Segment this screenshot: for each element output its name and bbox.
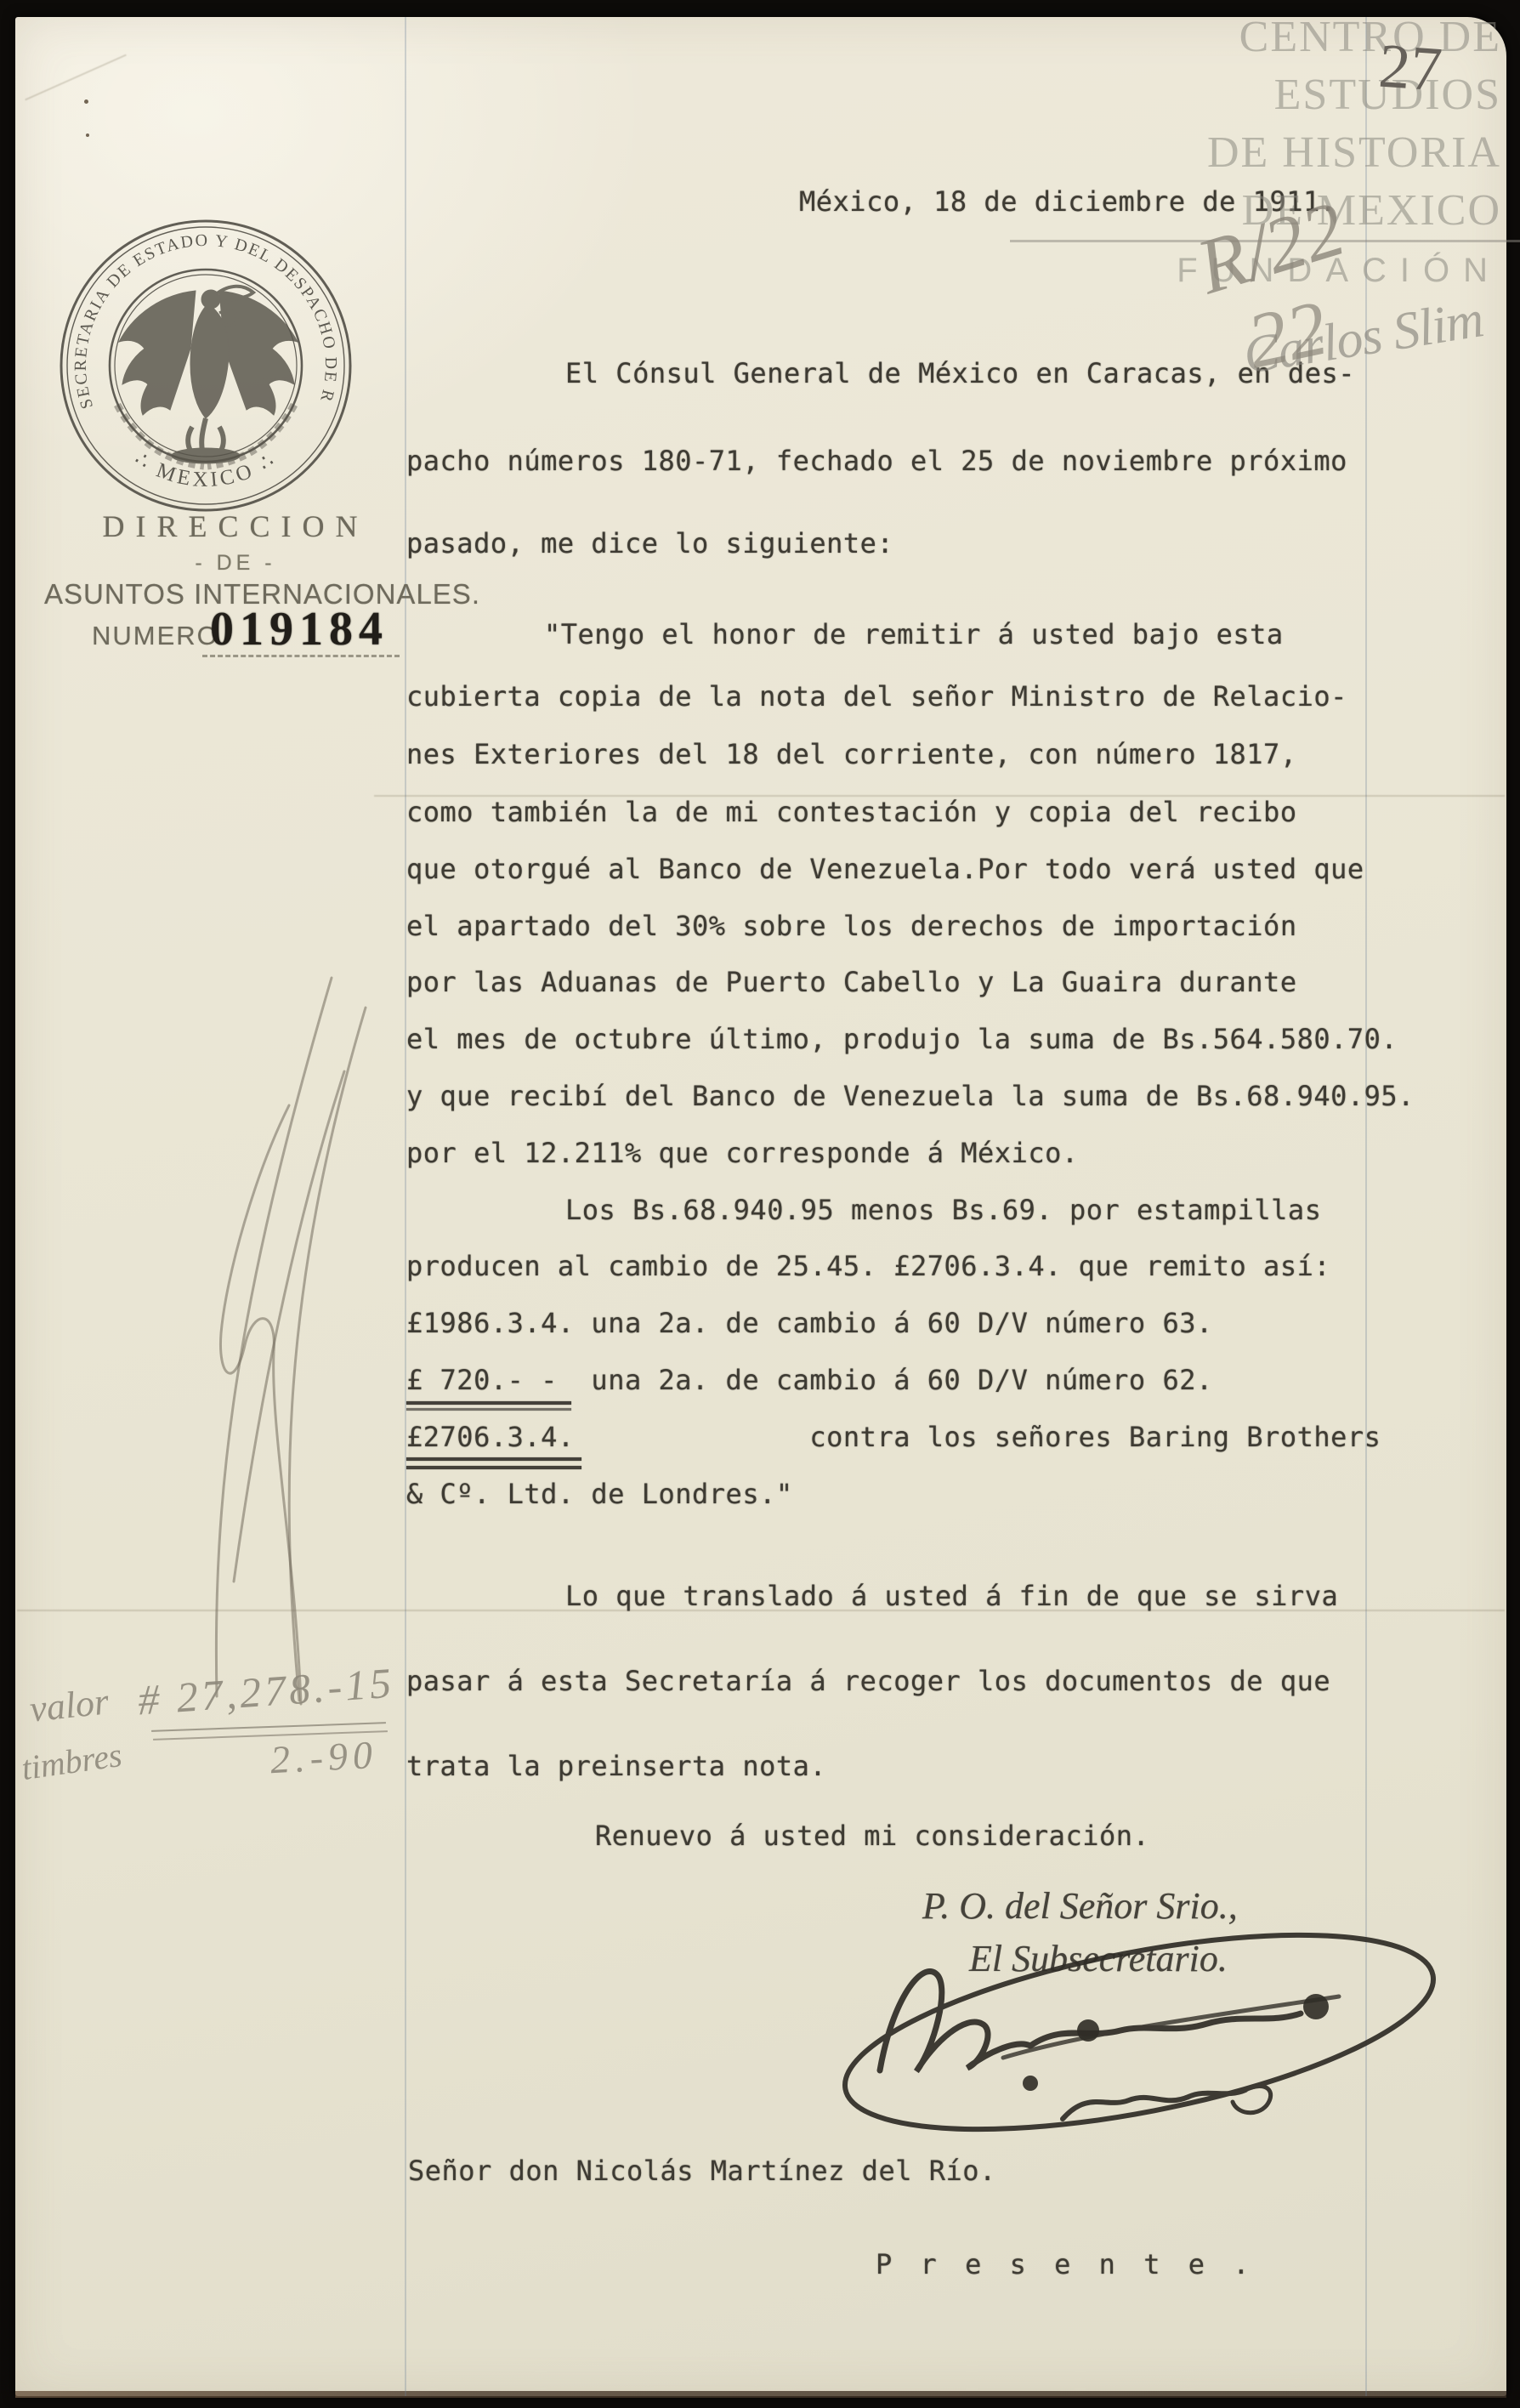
body-line: el mes de octubre último, produjo la sum…: [406, 1023, 1398, 1055]
letterhead-number-label: NUMERO: [92, 621, 219, 651]
underline-2706-a: [406, 1457, 581, 1461]
body-line: pasar á esta Secretaría á recoger los do…: [406, 1665, 1330, 1697]
body-line: El Cónsul General de México en Caracas, …: [565, 357, 1355, 389]
body-line: nes Exteriores del 18 del corriente, con…: [406, 738, 1297, 770]
present-line: P r e s e n t e .: [876, 2248, 1256, 2280]
page-bottom-edge: [15, 2391, 1506, 2398]
body-line: pasado, me dice lo siguiente:: [406, 527, 893, 559]
addressee-line: Señor don Nicolás Martínez del Río.: [408, 2155, 996, 2187]
letterhead-direction: DIRECCION: [95, 508, 376, 544]
body-line: por las Aduanas de Puerto Cabello y La G…: [406, 966, 1297, 998]
letterhead-number-stamp: 019184: [210, 602, 389, 656]
pinhole-bottom: [86, 133, 89, 137]
pencil-page-number: 27: [1376, 31, 1444, 107]
body-line: trata la preinserta nota.: [406, 1750, 826, 1782]
body-line: y que recibí del Banco de Venezuela la s…: [406, 1080, 1415, 1112]
secretaria-seal: SECRETARIA DE ESTADO Y DEL DESPACHO DE R…: [53, 213, 359, 519]
scanned-document-stage: SECRETARIA DE ESTADO Y DEL DESPACHO DE R…: [0, 0, 1520, 2408]
body-line: Los Bs.68.940.95 menos Bs.69. por estamp…: [565, 1194, 1321, 1226]
underline-2706-b: [406, 1466, 581, 1469]
body-line: "Tengo el honor de remitir á usted bajo …: [544, 618, 1284, 650]
body-line: & Cº. Ltd. de Londres.": [406, 1478, 793, 1510]
body-line: Lo que translado á usted á fin de que se…: [565, 1580, 1338, 1612]
body-line: £ 720.- - una 2a. de cambio á 60 D/V núm…: [406, 1364, 1213, 1396]
body-line: £2706.3.4. contra los señores Baring Bro…: [406, 1421, 1381, 1453]
closing-line: Renuevo á usted mi consideración.: [595, 1820, 1149, 1852]
margin-stamps-value: 2.-90: [269, 1732, 378, 1783]
body-line: producen al cambio de 25.45. £2706.3.4. …: [406, 1250, 1330, 1282]
pinhole-top: [84, 99, 88, 104]
pencil-doodle: [153, 952, 391, 1735]
signature-scrawl: [808, 1905, 1454, 2143]
margin-value-label: valor: [28, 1679, 111, 1730]
body-line: que otorgué al Banco de Venezuela.Por to…: [406, 853, 1364, 885]
body-line: el apartado del 30% sobre los derechos d…: [406, 910, 1297, 942]
body-line: £1986.3.4. una 2a. de cambio á 60 D/V nú…: [406, 1307, 1213, 1339]
body-line: pacho números 180-71, fechado el 25 de n…: [406, 445, 1347, 477]
body-line: como también la de mi contestación y cop…: [406, 796, 1297, 828]
body-line: por el 12.211% que corresponde á México.: [406, 1137, 1079, 1169]
letterhead-de: - DE -: [95, 551, 376, 576]
body-line: cubierta copia de la nota del señor Mini…: [406, 680, 1347, 713]
underline-720: [406, 1401, 571, 1405]
underline-720-b: [406, 1408, 571, 1411]
